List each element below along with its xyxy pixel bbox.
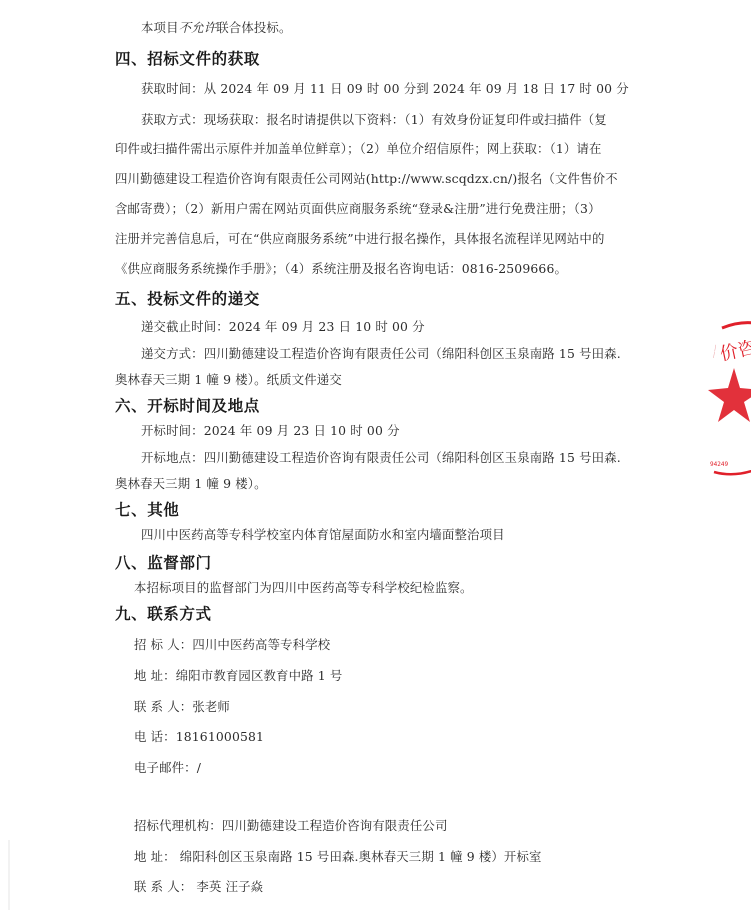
scan-edge-mark: [8, 840, 10, 910]
s4-line-5: 注册并完善信息后，可在“供应商服务系统”中进行报名操作，具体报名流程详见网站中的: [115, 231, 605, 247]
section-heading-8: 八、监督部门: [115, 553, 212, 573]
section-heading-9: 九、联系方式: [115, 604, 212, 624]
svg-text:——: ——: [709, 344, 719, 359]
s8-line-0: 本招标项目的监督部门为四川中医药高等专科学校纪检监察。: [134, 580, 473, 596]
official-seal-stamp: 价咨 —— 94249: [702, 318, 751, 478]
s4-line-2: 印件或扫描件需出示原件并加盖单位鲜章）；（2）单位介绍信原件；网上获取：（1）请…: [115, 141, 602, 157]
tenderer-contact: 联 系 人：张老师: [134, 699, 230, 715]
agency-name: 招标代理机构：四川勤德建设工程造价咨询有限责任公司: [134, 818, 448, 834]
tenderer-email: 电子邮件：/: [134, 760, 201, 776]
s5-line-2: 奥林春天三期 1 幢 9 楼）。纸质文件递交: [115, 372, 342, 388]
svg-text:94249: 94249: [710, 461, 728, 468]
intro-prefix: 本项目: [141, 20, 179, 35]
s4-line-4: 含邮寄费）；（2）新用户需在网站页面供应商服务系统“登录&注册”进行免费注册；（…: [115, 201, 601, 217]
s7-line-0: 四川中医药高等专科学校室内体育馆屋面防水和室内墙面整治项目: [141, 527, 505, 543]
intro-line: 本项目不允许联合体投标。: [141, 20, 292, 36]
s6-line-2: 奥林春天三期 1 幢 9 楼）。: [115, 476, 267, 492]
agency-contact: 联 系 人： 李英 汪子焱: [134, 879, 263, 895]
tenderer-name: 招 标 人：四川中医药高等专科学校: [134, 637, 330, 653]
s4-line-6: 《供应商服务系统操作手册》；（4）系统注册及报名咨询电话：0816-250966…: [115, 261, 567, 277]
s4-line-0: 获取时间：从 2024 年 09 月 11 日 09 时 00 分到 2024 …: [141, 81, 629, 97]
tenderer-phone: 电 话：18161000581: [134, 729, 264, 745]
agency-address: 地 址： 绵阳科创区玉泉南路 15 号田森.奥林春天三期 1 幢 9 楼）开标室: [134, 849, 542, 865]
svg-text:价咨: 价咨: [718, 337, 751, 365]
intro-emphasis: 不允许: [179, 20, 217, 35]
s5-line-1: 递交方式：四川勤德建设工程造价咨询有限责任公司（绵阳科创区玉泉南路 15 号田森…: [141, 346, 621, 362]
section-heading-5: 五、投标文件的递交: [115, 289, 260, 309]
s4-line-1: 获取方式：现场获取：报名时请提供以下资料：（1）有效身份证复印件或扫描件（复: [141, 112, 607, 128]
section-heading-4: 四、招标文件的获取: [115, 49, 260, 69]
s5-line-0: 递交截止时间：2024 年 09 月 23 日 10 时 00 分: [141, 319, 425, 335]
section-heading-7: 七、其他: [115, 500, 179, 520]
tenderer-address: 地 址：绵阳市教育园区教育中路 1 号: [134, 668, 342, 684]
section-heading-6: 六、开标时间及地点: [115, 396, 260, 416]
s6-line-0: 开标时间：2024 年 09 月 23 日 10 时 00 分: [141, 423, 400, 439]
s6-line-1: 开标地点：四川勤德建设工程造价咨询有限责任公司（绵阳科创区玉泉南路 15 号田森…: [141, 450, 621, 466]
intro-suffix: 联合体投标。: [216, 20, 291, 35]
seal-icon: 价咨 —— 94249: [702, 318, 751, 478]
s4-line-3: 四川勤德建设工程造价咨询有限责任公司网站(http://www.scqdzx.c…: [115, 171, 618, 187]
